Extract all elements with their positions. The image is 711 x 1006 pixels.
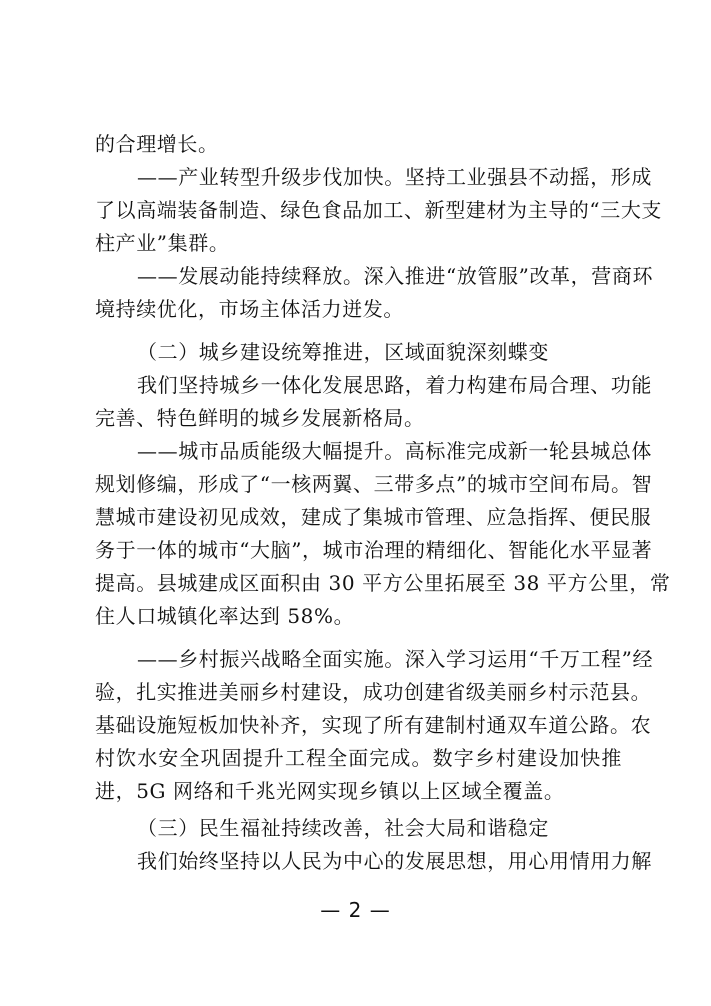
text-line: 我们始终坚持以人民为中心的发展思想，用心用情用力解	[95, 845, 622, 878]
text-line: 境持续优化，市场主体活力迸发。	[95, 293, 622, 326]
text-line: 完善、特色鲜明的城乡发展新格局。	[95, 402, 622, 435]
text-line: ——乡村振兴战略全面实施。深入学习运用“千万工程”经	[95, 643, 622, 676]
text-line: 务于一体的城市“大脑”，城市治理的精细化、智能化水平显著	[95, 534, 622, 567]
text-line: 柱产业”集群。	[95, 227, 622, 260]
text-line: 住人口城镇化率达到 58%。	[95, 600, 622, 633]
text-line: 慧城市建设初见成效，建成了集城市管理、应急指挥、便民服	[95, 501, 622, 534]
text-line: ——城市品质能级大幅提升。高标准完成新一轮县城总体	[95, 435, 622, 468]
text-line: ——产业转型升级步伐加快。坚持工业强县不动摇，形成	[95, 161, 622, 194]
text-line: 了以高端装备制造、绿色食品加工、新型建材为主导的“三大支	[95, 194, 622, 227]
text-line: 提高。县城建成区面积由 30 平方公里拓展至 38 平方公里，常	[95, 567, 622, 600]
text-line: ——发展动能持续释放。深入推进“放管服”改革，营商环	[95, 260, 622, 293]
text-line: 我们坚持城乡一体化发展思路，着力构建布局合理、功能	[95, 369, 622, 402]
text-line: 基础设施短板加快补齐，实现了所有建制村通双车道公路。农	[95, 709, 622, 742]
text-line: 进，5G 网络和千兆光网实现乡镇以上区域全覆盖。	[95, 775, 622, 808]
text-line: 验，扎实推进美丽乡村建设，成功创建省级美丽乡村示范县。	[95, 676, 622, 709]
page-number: — 2 —	[0, 898, 711, 922]
section-heading-3: （三）民生福祉持续改善，社会大局和谐稳定	[95, 812, 622, 845]
text-line: 的合理增长。	[95, 128, 622, 161]
document-page: 的合理增长。 ——产业转型升级步伐加快。坚持工业强县不动摇，形成 了以高端装备制…	[95, 128, 622, 878]
text-line: 村饮水安全巩固提升工程全面完成。数字乡村建设加快推	[95, 742, 622, 775]
section-heading-2: （二）城乡建设统筹推进，区域面貌深刻蝶变	[95, 336, 622, 369]
text-line: 规划修编，形成了“一核两翼、三带多点”的城市空间布局。智	[95, 468, 622, 501]
